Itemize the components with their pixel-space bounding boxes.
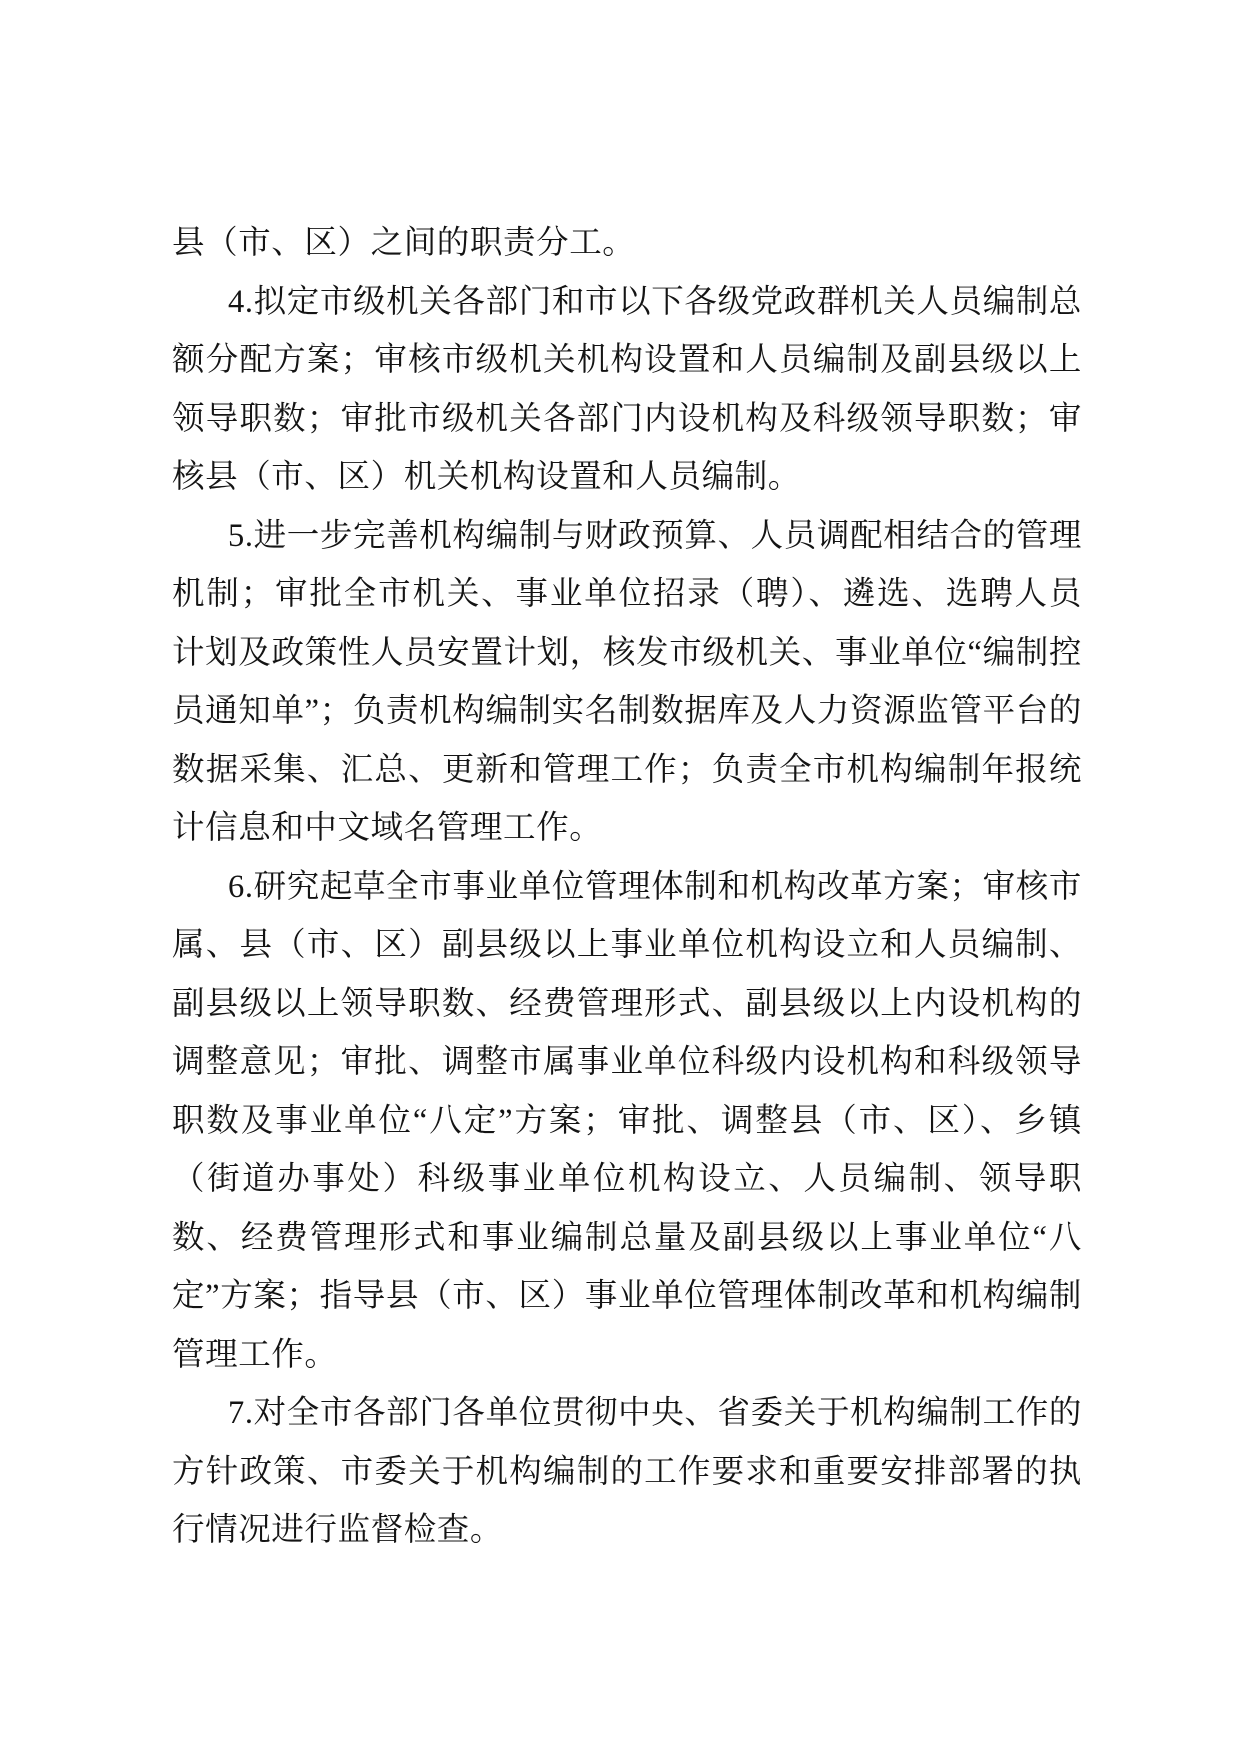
paragraph-item-5: 5.进一步完善机构编制与财政预算、人员调配相结合的管理机制；审批全市机关、事业单… [172, 507, 1082, 858]
paragraph-item-7: 7.对全市各部门各单位贯彻中央、省委关于机构编制工作的方针政策、市委关于机构编制… [172, 1384, 1082, 1560]
document-text-block: 县（市、区）之间的职责分工。 4.拟定市级机关各部门和市以下各级党政群机关人员编… [172, 214, 1082, 1560]
paragraph-item-6: 6.研究起草全市事业单位管理体制和机构改革方案；审核市属、县（市、区）副县级以上… [172, 858, 1082, 1385]
document-page: 县（市、区）之间的职责分工。 4.拟定市级机关各部门和市以下各级党政群机关人员编… [0, 0, 1241, 1754]
paragraph-continuation: 县（市、区）之间的职责分工。 [172, 214, 1082, 273]
paragraph-item-4: 4.拟定市级机关各部门和市以下各级党政群机关人员编制总额分配方案；审核市级机关机… [172, 273, 1082, 507]
